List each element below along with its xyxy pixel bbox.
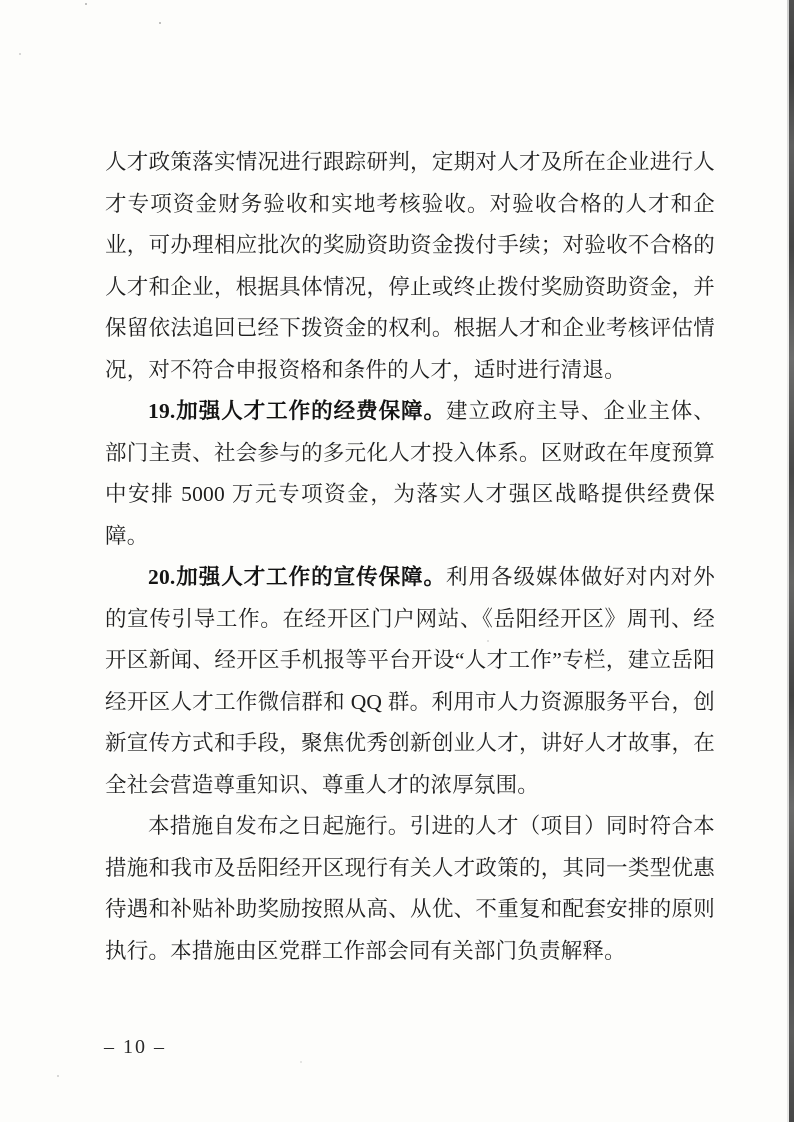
body-paragraph-continuation: 人才政策落实情况进行跟踪研判，定期对人才及所在企业进行人才专项资金财务验收和实地… bbox=[105, 142, 715, 391]
scan-edge-artifact bbox=[789, 0, 794, 1122]
page-number: – 10 – bbox=[104, 1036, 166, 1059]
section-19-heading: 19.加强人才工作的经费保障。 bbox=[148, 399, 446, 423]
body-paragraph-item-20: 20.加强人才工作的宣传保障。利用各级媒体做好对内对外的宣传引导工作。在经开区门… bbox=[105, 557, 715, 806]
scan-speckle bbox=[85, 3, 87, 5]
paragraph-text: 利用各级媒体做好对内对外的宣传引导工作。在经开区门户网站、《岳阳经开区》周刊、经… bbox=[105, 565, 715, 797]
body-paragraph-closing: 本措施自发布之日起施行。引进的人才（项目）同时符合本措施和我市及岳阳经开区现行有… bbox=[105, 806, 715, 972]
scan-speckle bbox=[159, 22, 161, 24]
scan-speckle bbox=[487, 640, 489, 642]
document-body: 人才政策落实情况进行跟踪研判，定期对人才及所在企业进行人才专项资金财务验收和实地… bbox=[105, 142, 715, 972]
paragraph-text: 人才政策落实情况进行跟踪研判，定期对人才及所在企业进行人才专项资金财务验收和实地… bbox=[105, 150, 715, 382]
scan-speckle bbox=[19, 53, 21, 55]
scan-speckle bbox=[300, 1061, 302, 1063]
paragraph-text: 本措施自发布之日起施行。引进的人才（项目）同时符合本措施和我市及岳阳经开区现行有… bbox=[105, 814, 715, 963]
body-paragraph-item-19: 19.加强人才工作的经费保障。建立政府主导、企业主体、部门主责、社会参与的多元化… bbox=[105, 391, 715, 557]
document-page: 人才政策落实情况进行跟踪研判，定期对人才及所在企业进行人才专项资金财务验收和实地… bbox=[0, 0, 794, 1122]
section-20-heading: 20.加强人才工作的宣传保障。 bbox=[148, 565, 446, 589]
scan-speckle bbox=[57, 1075, 59, 1077]
